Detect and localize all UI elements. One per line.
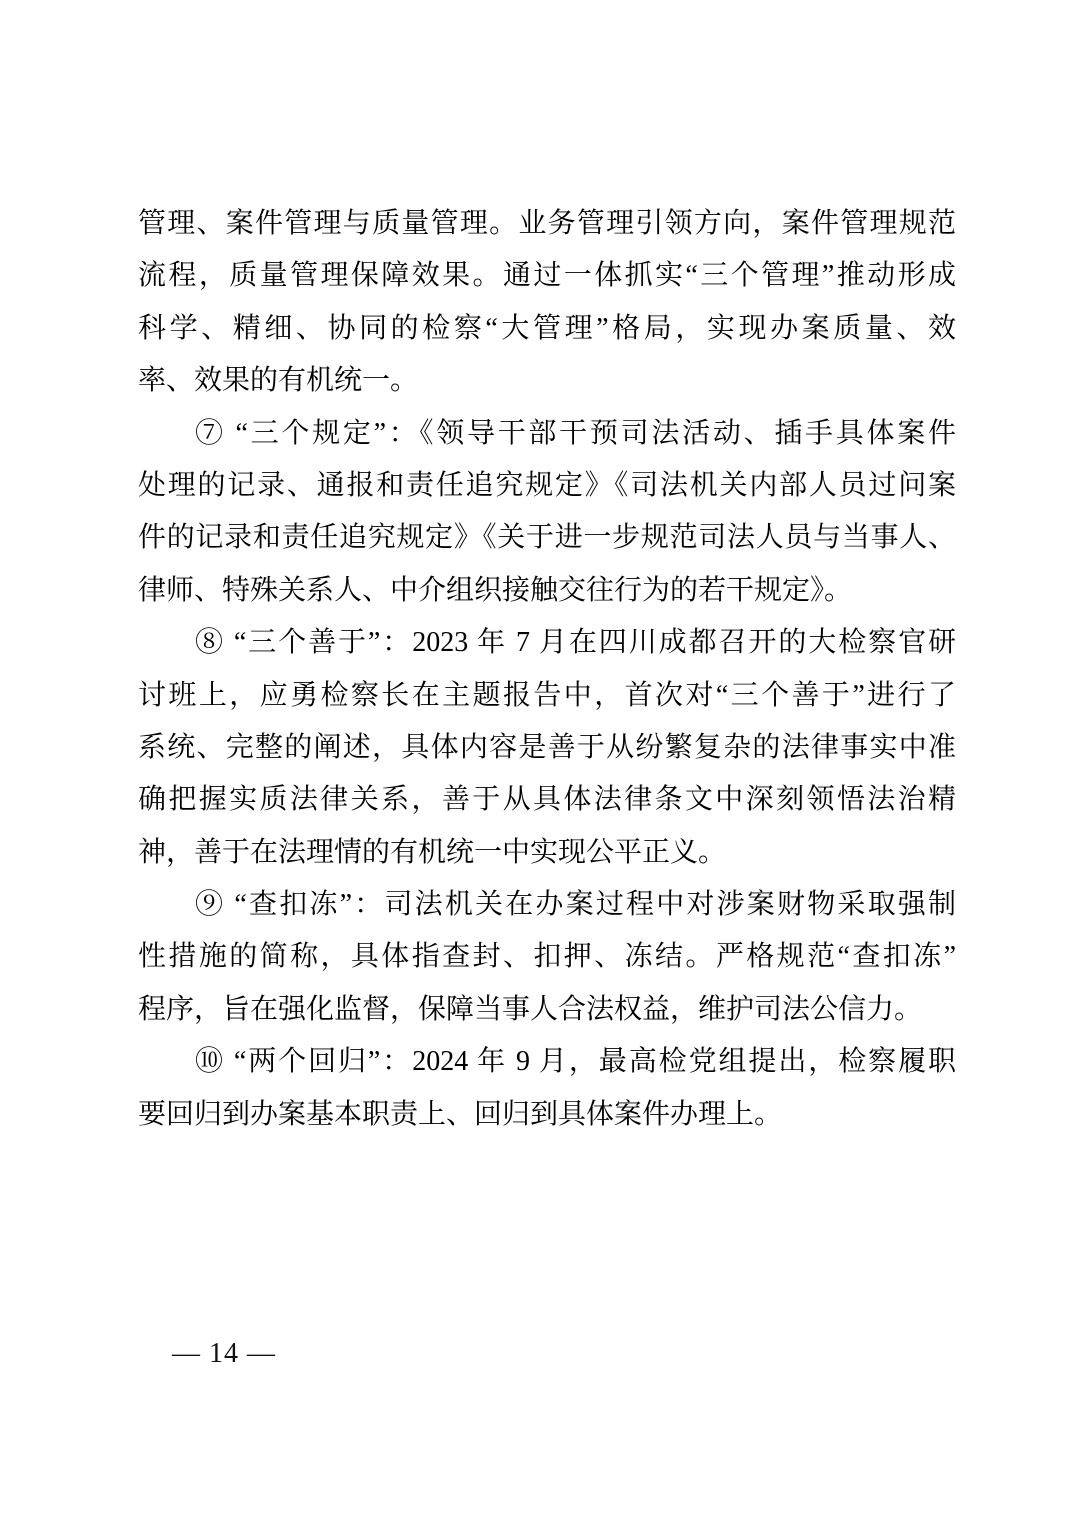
document-body: 管理、案件管理与质量管理。业务管理引领方向，案件管理规范流程，质量管理保障效果。… xyxy=(138,198,956,1141)
paragraph-line: 流程，质量管理保障效果。通过一体抓实“三个管理”推动形成 xyxy=(138,250,956,302)
paragraph-line: ⑩ “两个回归”：2024 年 9 月，最高检党组提出，检察履职 xyxy=(138,1036,956,1088)
paragraph-line: ⑧ “三个善于”：2023 年 7 月在四川成都召开的大检察官研 xyxy=(138,617,956,669)
paragraph-line: 律师、特殊关系人、中介组织接触交往行为的若干规定》。 xyxy=(138,565,956,617)
paragraph-note-8: ⑧ “三个善于”：2023 年 7 月在四川成都召开的大检察官研讨班上，应勇检察… xyxy=(138,617,956,879)
paragraph-line: ⑦ “三个规定”：《领导干部干预司法活动、插手具体案件 xyxy=(138,408,956,460)
page-footer: — 14 — xyxy=(172,1336,276,1372)
paragraph-line: 性措施的简称，具体指查封、扣押、冻结。严格规范“查扣冻” xyxy=(138,931,956,983)
paragraph-line: 要回归到办案基本职责上、回归到具体案件办理上。 xyxy=(138,1089,956,1141)
paragraph-line: 件的记录和责任追究规定》《关于进一步规范司法人员与当事人、 xyxy=(138,512,956,564)
paragraph-line: 系统、完整的阐述，具体内容是善于从纷繁复杂的法律事实中准 xyxy=(138,722,956,774)
paragraph-para-continuation: 管理、案件管理与质量管理。业务管理引领方向，案件管理规范流程，质量管理保障效果。… xyxy=(138,198,956,408)
page-number: — 14 — xyxy=(172,1338,276,1369)
paragraph-line: 管理、案件管理与质量管理。业务管理引领方向，案件管理规范 xyxy=(138,198,956,250)
paragraph-line: 率、效果的有机统一。 xyxy=(138,355,956,407)
paragraph-note-10: ⑩ “两个回归”：2024 年 9 月，最高检党组提出，检察履职要回归到办案基本… xyxy=(138,1036,956,1141)
paragraph-line: 确把握实质法律关系，善于从具体法律条文中深刻领悟法治精 xyxy=(138,774,956,826)
paragraph-line: 讨班上，应勇检察长在主题报告中，首次对“三个善于”进行了 xyxy=(138,670,956,722)
paragraph-note-9: ⑨ “查扣冻”：司法机关在办案过程中对涉案财物采取强制性措施的简称，具体指查封、… xyxy=(138,879,956,1036)
paragraph-line: 神，善于在法理情的有机统一中实现公平正义。 xyxy=(138,827,956,879)
paragraph-line: 程序，旨在强化监督，保障当事人合法权益，维护司法公信力。 xyxy=(138,984,956,1036)
paragraph-line: 处理的记录、通报和责任追究规定》《司法机关内部人员过问案 xyxy=(138,460,956,512)
paragraph-note-7: ⑦ “三个规定”：《领导干部干预司法活动、插手具体案件处理的记录、通报和责任追究… xyxy=(138,408,956,618)
paragraph-line: 科学、精细、协同的检察“大管理”格局，实现办案质量、效 xyxy=(138,303,956,355)
paragraph-line: ⑨ “查扣冻”：司法机关在办案过程中对涉案财物采取强制 xyxy=(138,879,956,931)
